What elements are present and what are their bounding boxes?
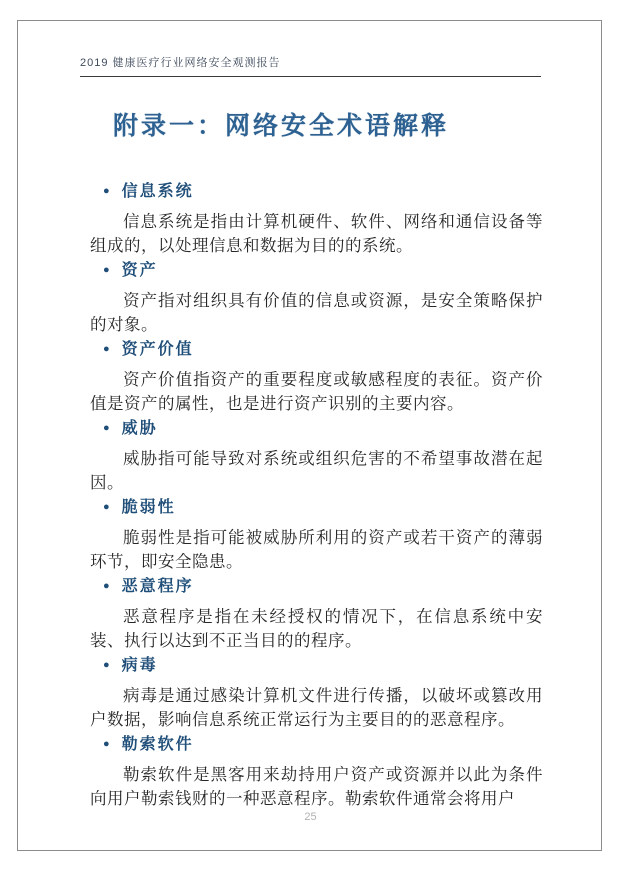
bullet-icon: ● <box>103 655 110 676</box>
term-label: 恶意程序 <box>122 576 194 597</box>
term-row: ● 资产 <box>103 260 543 281</box>
term-definition: 信息系统是指由计算机硬件、软件、网络和通信设备等组成的，以处理信息和数据为目的的… <box>90 211 543 258</box>
page-number: 25 <box>18 811 603 823</box>
bullet-icon: ● <box>103 734 110 755</box>
term-item: ● 威胁 威胁指可能导致对系统或组织危害的不希望事故潜在起因。 <box>90 418 543 495</box>
bullet-icon: ● <box>103 418 110 439</box>
document-canvas: 2019 健康医疗行业网络安全观测报告 附录一：网络安全术语解释 ● 信息系统 … <box>0 0 620 877</box>
term-definition: 资产价值指资产的重要程度或敏感程度的表征。资产价值是资产的属性，也是进行资产识别… <box>90 369 543 416</box>
bullet-icon: ● <box>103 576 110 597</box>
term-row: ● 威胁 <box>103 418 543 439</box>
term-row: ● 信息系统 <box>103 181 543 202</box>
term-label: 威胁 <box>122 418 158 439</box>
term-row: ● 勒索软件 <box>103 734 543 755</box>
term-item: ● 恶意程序 恶意程序是指在未经授权的情况下，在信息系统中安装、执行以达到不正当… <box>90 576 543 653</box>
page-title: 附录一：网络安全术语解释 <box>113 106 449 142</box>
term-definition: 勒索软件是黑客用来劫持用户资产或资源并以此为条件向用户勒索钱财的一种恶意程序。勒… <box>90 764 543 811</box>
bullet-icon: ● <box>103 181 110 202</box>
terms-list: ● 信息系统 信息系统是指由计算机硬件、软件、网络和通信设备等组成的，以处理信息… <box>90 181 543 813</box>
term-item: ● 病毒 病毒是通过感染计算机文件进行传播，以破坏或篡改用户数据，影响信息系统正… <box>90 655 543 732</box>
term-definition: 威胁指可能导致对系统或组织危害的不希望事故潜在起因。 <box>90 448 543 495</box>
term-label: 信息系统 <box>122 181 194 202</box>
term-definition: 资产指对组织具有价值的信息或资源，是安全策略保护的对象。 <box>90 290 543 337</box>
term-item: ● 勒索软件 勒索软件是黑客用来劫持用户资产或资源并以此为条件向用户勒索钱财的一… <box>90 734 543 811</box>
term-label: 资产 <box>122 260 158 281</box>
term-label: 脆弱性 <box>122 497 176 518</box>
term-label: 勒索软件 <box>122 734 194 755</box>
term-item: ● 资产 资产指对组织具有价值的信息或资源，是安全策略保护的对象。 <box>90 260 543 337</box>
term-label: 病毒 <box>122 655 158 676</box>
term-row: ● 恶意程序 <box>103 576 543 597</box>
bullet-icon: ● <box>103 260 110 281</box>
page-frame: 2019 健康医疗行业网络安全观测报告 附录一：网络安全术语解释 ● 信息系统 … <box>17 20 602 851</box>
term-definition: 恶意程序是指在未经授权的情况下，在信息系统中安装、执行以达到不正当目的的程序。 <box>90 606 543 653</box>
bullet-icon: ● <box>103 497 110 518</box>
term-label: 资产价值 <box>122 339 194 360</box>
report-header: 2019 健康医疗行业网络安全观测报告 <box>80 54 541 77</box>
term-definition: 脆弱性是指可能被威胁所利用的资产或若干资产的薄弱环节，即安全隐患。 <box>90 527 543 574</box>
term-definition: 病毒是通过感染计算机文件进行传播，以破坏或篡改用户数据，影响信息系统正常运行为主… <box>90 685 543 732</box>
term-item: ● 信息系统 信息系统是指由计算机硬件、软件、网络和通信设备等组成的，以处理信息… <box>90 181 543 258</box>
term-row: ● 资产价值 <box>103 339 543 360</box>
term-item: ● 脆弱性 脆弱性是指可能被威胁所利用的资产或若干资产的薄弱环节，即安全隐患。 <box>90 497 543 574</box>
bullet-icon: ● <box>103 339 110 360</box>
term-row: ● 脆弱性 <box>103 497 543 518</box>
term-row: ● 病毒 <box>103 655 543 676</box>
term-item: ● 资产价值 资产价值指资产的重要程度或敏感程度的表征。资产价值是资产的属性，也… <box>90 339 543 416</box>
